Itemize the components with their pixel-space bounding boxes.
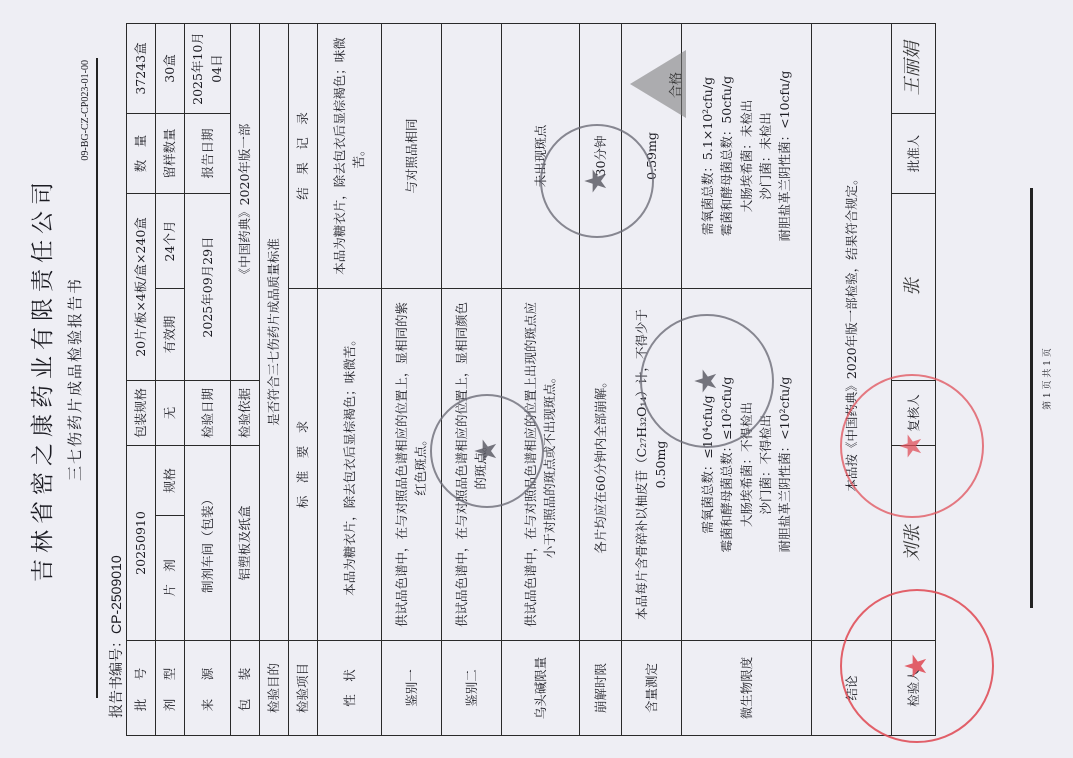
- item-header: 检验项目: [288, 641, 317, 736]
- inspection-report-page: 吉林省密之康药业有限责任公司 三七伤药片成品检验报告书 09-BG-CZ-CP0…: [0, 0, 1073, 758]
- test-result: 本品为糖衣片，除去包衣后显棕褐色；味微苦。: [317, 24, 381, 289]
- test-item: 鉴别一: [381, 641, 441, 736]
- test-row: 乌头碱限量 供试品色谱中，在与对照品色谱相应的位置上出现的斑点应小于对照品的斑点…: [501, 24, 579, 736]
- report-number: 报告书编号：CP-2509010: [106, 555, 126, 718]
- test-item: 性 状: [317, 641, 381, 736]
- test-date-value: 2025年09月29日: [185, 194, 231, 381]
- company-name: 吉林省密之康药业有限责任公司: [24, 0, 57, 758]
- basis-value: 《中国药典》2020年版一部: [230, 24, 259, 381]
- approver-label: 批准人: [891, 114, 935, 194]
- form-value: 片 剂: [156, 516, 185, 641]
- row-package: 包 装 铝塑板及纸盒 检验依据 《中国药典》2020年版一部: [230, 24, 259, 736]
- micro-standard-line: 大肠埃希菌：不得检出: [737, 299, 756, 630]
- reviewer-label: 复核人: [891, 381, 935, 446]
- approver-signature: 王丽娟: [891, 24, 935, 114]
- row-purpose: 检验目的 是否符合三七伤药片成品质量标准: [259, 24, 288, 736]
- purpose-value: 是否符合三七伤药片成品质量标准: [259, 24, 288, 641]
- micro-result-line: 大肠埃希菌：未检出: [737, 34, 756, 278]
- conclusion-label: 结论: [811, 641, 891, 736]
- test-standard: 供试品色谱中，在与对照品色谱相应的位置上出现的斑点应小于对照品的斑点或不出现斑点…: [501, 289, 579, 641]
- test-row: 鉴别二 供试品色谱中，在与对照品色谱相应的位置上，显相同颜色的斑点。: [441, 24, 501, 736]
- test-result-lines: 需氧菌总数：5.1×10²cfu/g 霉菌和酵母菌总数：50cfu/g 大肠埃希…: [681, 24, 811, 289]
- test-standard: 本品为糖衣片，除去包衣后显棕褐色；味微苦。: [317, 289, 381, 641]
- quantity-value: 37243盒: [127, 24, 156, 114]
- micro-standard-line: 需氧菌总数：≤10⁴cfu/g: [698, 299, 717, 630]
- test-standard: 各片均应在60分钟内全部崩解。: [579, 289, 621, 641]
- test-item: 乌头碱限量: [501, 641, 579, 736]
- page-footer: 第 1 页 共 1 页: [1040, 0, 1053, 758]
- retain-value: 30盒: [156, 24, 185, 114]
- test-standard: 本品每片含骨碎补以柚皮苷（C₂₇H₃₂O₁₄）计，不得少于0.50mg: [621, 289, 681, 641]
- document-code: 09-BG-CZ-CP023-01-00: [80, 60, 91, 161]
- quantity-label: 数 量: [127, 114, 156, 194]
- test-item: 含量测定: [621, 641, 681, 736]
- micro-result-line: 需氧菌总数：5.1×10²cfu/g: [698, 34, 717, 278]
- conclusion-text: 本品按《中国药典》2020年版一部检验，结果符合规定。: [811, 24, 891, 641]
- package-value: 铝塑板及纸盒: [230, 446, 259, 641]
- pack-spec-value: 20片/板×4板/盒×240盒: [127, 194, 156, 381]
- validity-value: 24个月: [156, 194, 185, 289]
- test-standard-lines: 需氧菌总数：≤10⁴cfu/g 霉菌和酵母菌总数：≤10²cfu/g 大肠埃希菌…: [681, 289, 811, 641]
- pack-spec-label: 包装规格: [127, 381, 156, 446]
- basis-label: 检验依据: [230, 381, 259, 446]
- test-row: 崩解时限 各片均应在60分钟内全部崩解。 30分钟: [579, 24, 621, 736]
- test-result: [441, 24, 501, 289]
- report-table: 批 号 20250910 包装规格 20片/板×4板/盒×240盒 数 量 37…: [126, 23, 936, 736]
- micro-result-line: 耐胆盐革兰阴性菌：<10cfu/g: [775, 34, 794, 278]
- test-date-label: 检验日期: [185, 381, 231, 446]
- test-item: 微生物限度: [681, 641, 811, 736]
- test-row: 鉴别一 供试品色谱中，在与对照品色谱相应的位置上，显相同的紫红色斑点。 与对照品…: [381, 24, 441, 736]
- spec-value: 无: [156, 381, 185, 446]
- standard-header: 标 准 要 求: [288, 289, 317, 641]
- test-row: 含量测定 本品每片含骨碎补以柚皮苷（C₂₇H₃₂O₁₄）计，不得少于0.50mg…: [621, 24, 681, 736]
- source-label: 来 源: [185, 641, 231, 736]
- test-standard: 供试品色谱中，在与对照品色谱相应的位置上，显相同的紫红色斑点。: [381, 289, 441, 641]
- inspector-signature: 刘张: [891, 446, 935, 641]
- test-result: 30分钟: [579, 24, 621, 289]
- report-date-label: 报告日期: [185, 114, 231, 194]
- report-date-value: 2025年10月04日: [185, 24, 231, 114]
- validity-label: 有效期: [156, 289, 185, 381]
- inspector-label: 检验人: [891, 641, 935, 736]
- result-header: 结 果 记 录: [288, 24, 317, 289]
- footer-rule: [1030, 188, 1033, 608]
- test-standard: 供试品色谱中，在与对照品色谱相应的位置上，显相同颜色的斑点。: [441, 289, 501, 641]
- header-rule: [96, 58, 98, 698]
- batch-label: 批 号: [127, 641, 156, 736]
- micro-standard-line: 沙门菌：不得检出: [756, 299, 775, 630]
- spec-label: 规格: [156, 446, 185, 516]
- source-value: 制剂车间（包装）: [185, 446, 231, 641]
- micro-result-line: 沙门菌：未检出: [756, 34, 775, 278]
- test-item: 崩解时限: [579, 641, 621, 736]
- report-number-label: 报告书编号：: [109, 634, 125, 718]
- batch-value: 20250910: [127, 446, 156, 641]
- row-signatures: 检验人 刘张 复核人 张 批准人 王丽娟: [891, 24, 935, 736]
- reviewer-signature: 张: [891, 194, 935, 381]
- row-test-header: 检验项目 标 准 要 求 结 果 记 录: [288, 24, 317, 736]
- pass-mark-text: 合格: [665, 72, 684, 98]
- test-row: 微生物限度 需氧菌总数：≤10⁴cfu/g 霉菌和酵母菌总数：≤10²cfu/g…: [681, 24, 811, 736]
- row-source: 来 源 制剂车间（包装） 检验日期 2025年09月29日 报告日期 2025年…: [185, 24, 231, 736]
- form-label: 剂 型: [156, 641, 185, 736]
- purpose-label: 检验目的: [259, 641, 288, 736]
- test-result: 未出现斑点: [501, 24, 579, 289]
- test-result: 与对照品相同: [381, 24, 441, 289]
- micro-standard-line: 霉菌和酵母菌总数：≤10²cfu/g: [717, 299, 736, 630]
- test-row: 性 状 本品为糖衣片，除去包衣后显棕褐色；味微苦。 本品为糖衣片，除去包衣后显棕…: [317, 24, 381, 736]
- micro-standard-line: 耐胆盐革兰阴性菌：<10²cfu/g: [775, 299, 794, 630]
- micro-result-line: 霉菌和酵母菌总数：50cfu/g: [717, 34, 736, 278]
- retain-label: 留样数量: [156, 114, 185, 194]
- row-form: 剂 型 片 剂 规格 无 有效期 24个月 留样数量 30盒: [156, 24, 185, 736]
- row-batch: 批 号 20250910 包装规格 20片/板×4板/盒×240盒 数 量 37…: [127, 24, 156, 736]
- package-label: 包 装: [230, 641, 259, 736]
- row-conclusion: 结论 本品按《中国药典》2020年版一部检验，结果符合规定。: [811, 24, 891, 736]
- test-item: 鉴别二: [441, 641, 501, 736]
- report-number-value: CP-2509010: [108, 555, 124, 634]
